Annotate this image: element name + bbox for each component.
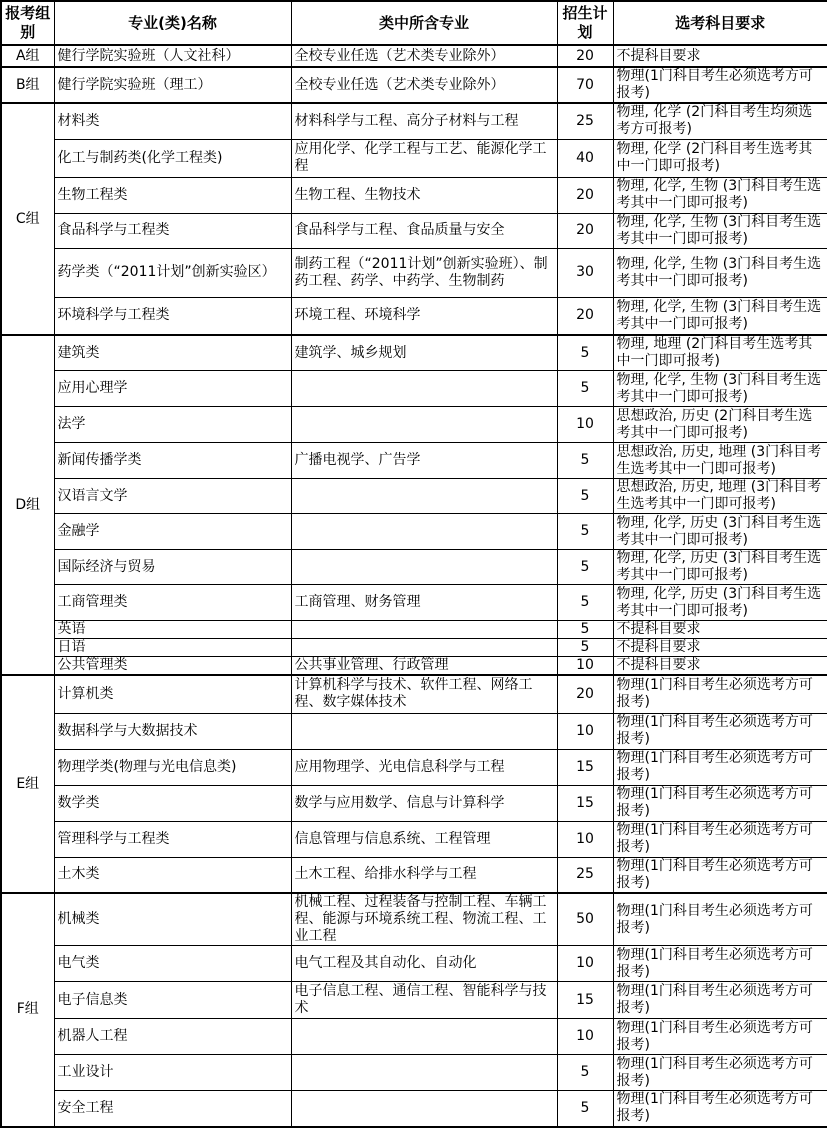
subject-req-cell: 物理, 化学, 历史 (3门科目考生选考其中一门即可报考) bbox=[613, 585, 827, 621]
included-majors-cell: 计算机科学与技术、软件工程、网络工程、数字媒体技术 bbox=[291, 675, 557, 713]
plan-cell: 50 bbox=[557, 893, 613, 946]
col-header-included-majors: 类中所含专业 bbox=[291, 1, 557, 45]
included-majors-cell bbox=[291, 1091, 557, 1127]
included-majors-cell bbox=[291, 639, 557, 657]
major-cell: 工商管理类 bbox=[54, 585, 291, 621]
plan-cell: 5 bbox=[557, 621, 613, 639]
subject-req-cell: 物理, 化学, 生物 (3门科目考生选考其中一门即可报考) bbox=[613, 297, 827, 335]
table-row: 管理科学与工程类信息管理与信息系统、工程管理10物理(1门科目考生必须选考方可报… bbox=[1, 821, 827, 857]
major-cell: 物理学类(物理与光电信息类) bbox=[54, 749, 291, 785]
plan-cell: 20 bbox=[557, 675, 613, 713]
group-label: B组 bbox=[1, 67, 54, 103]
table-row: 国际经济与贸易5物理, 化学, 历史 (3门科目考生选考其中一门即可报考) bbox=[1, 550, 827, 585]
included-majors-cell: 公共事业管理、行政管理 bbox=[291, 657, 557, 676]
included-majors-cell: 电子信息工程、通信工程、智能科学与技术 bbox=[291, 982, 557, 1019]
plan-cell: 5 bbox=[557, 639, 613, 657]
plan-cell: 20 bbox=[557, 177, 613, 213]
table-row: 新闻传播学类广播电视学、广告学5思想政治, 历史, 地理 (3门科目考生选考其中… bbox=[1, 443, 827, 479]
plan-cell: 10 bbox=[557, 657, 613, 676]
table-row: 公共管理类公共事业管理、行政管理10不提科目要求 bbox=[1, 657, 827, 676]
subject-req-cell: 不提科目要求 bbox=[613, 621, 827, 639]
table-row: 生物工程类生物工程、生物技术20物理, 化学, 生物 (3门科目考生选考其中一门… bbox=[1, 177, 827, 213]
plan-cell: 5 bbox=[557, 585, 613, 621]
major-cell: 法学 bbox=[54, 407, 291, 443]
subject-req-cell: 物理(1门科目考生必须选考方可报考) bbox=[613, 67, 827, 103]
table-row: 土木类土木工程、给排水科学与工程25物理(1门科目考生必须选考方可报考) bbox=[1, 857, 827, 893]
col-header-subject-requirement: 选考科目要求 bbox=[613, 1, 827, 45]
subject-req-cell: 物理, 化学 (2门科目考生选考其中一门即可报考) bbox=[613, 139, 827, 177]
plan-cell: 5 bbox=[557, 479, 613, 514]
major-cell: 新闻传播学类 bbox=[54, 443, 291, 479]
group-label: A组 bbox=[1, 45, 54, 67]
subject-req-cell: 思想政治, 历史 (2门科目考生选考其中一门即可报考) bbox=[613, 407, 827, 443]
table-row: 英语5不提科目要求 bbox=[1, 621, 827, 639]
major-cell: 健行学院实验班（人文社科） bbox=[54, 45, 291, 67]
table-row: C组材料类材料科学与工程、高分子材料与工程25物理, 化学 (2门科目考生均须选… bbox=[1, 103, 827, 139]
major-cell: 国际经济与贸易 bbox=[54, 550, 291, 585]
included-majors-cell bbox=[291, 1019, 557, 1055]
plan-cell: 25 bbox=[557, 857, 613, 893]
included-majors-cell: 应用化学、化学工程与工艺、能源化学工程 bbox=[291, 139, 557, 177]
major-cell: 环境科学与工程类 bbox=[54, 297, 291, 335]
plan-cell: 5 bbox=[557, 514, 613, 550]
table-row: 安全工程5物理(1门科目考生必须选考方可报考) bbox=[1, 1091, 827, 1127]
included-majors-cell: 土木工程、给排水科学与工程 bbox=[291, 857, 557, 893]
included-majors-cell: 生物工程、生物技术 bbox=[291, 177, 557, 213]
table-row: 工商管理类工商管理、财务管理5物理, 化学, 历史 (3门科目考生选考其中一门即… bbox=[1, 585, 827, 621]
included-majors-cell: 环境工程、环境科学 bbox=[291, 297, 557, 335]
plan-cell: 15 bbox=[557, 749, 613, 785]
plan-cell: 5 bbox=[557, 1091, 613, 1127]
included-majors-cell: 建筑学、城乡规划 bbox=[291, 335, 557, 371]
included-majors-cell: 材料科学与工程、高分子材料与工程 bbox=[291, 103, 557, 139]
major-cell: 汉语言文学 bbox=[54, 479, 291, 514]
table-row: 应用心理学5物理, 化学, 生物 (3门科目考生选考其中一门即可报考) bbox=[1, 371, 827, 407]
table-row: 化工与制药类(化学工程类)应用化学、化学工程与工艺、能源化学工程40物理, 化学… bbox=[1, 139, 827, 177]
plan-cell: 25 bbox=[557, 103, 613, 139]
plan-cell: 20 bbox=[557, 213, 613, 248]
included-majors-cell: 工商管理、财务管理 bbox=[291, 585, 557, 621]
major-cell: 日语 bbox=[54, 639, 291, 657]
plan-cell: 10 bbox=[557, 713, 613, 749]
subject-req-cell: 物理(1门科目考生必须选考方可报考) bbox=[613, 857, 827, 893]
group-label: F组 bbox=[1, 893, 54, 1127]
subject-req-cell: 物理, 化学, 历史 (3门科目考生选考其中一门即可报考) bbox=[613, 514, 827, 550]
subject-req-cell: 不提科目要求 bbox=[613, 657, 827, 676]
plan-cell: 5 bbox=[557, 443, 613, 479]
header-row: 报考组别 专业(类)名称 类中所含专业 招生计划 选考科目要求 bbox=[1, 1, 827, 45]
included-majors-cell bbox=[291, 621, 557, 639]
included-majors-cell: 信息管理与信息系统、工程管理 bbox=[291, 821, 557, 857]
major-cell: 管理科学与工程类 bbox=[54, 821, 291, 857]
subject-req-cell: 物理(1门科目考生必须选考方可报考) bbox=[613, 946, 827, 982]
plan-cell: 5 bbox=[557, 371, 613, 407]
table-row: 物理学类(物理与光电信息类)应用物理学、光电信息科学与工程15物理(1门科目考生… bbox=[1, 749, 827, 785]
subject-req-cell: 物理, 化学, 生物 (3门科目考生选考其中一门即可报考) bbox=[613, 177, 827, 213]
table-row: A组健行学院实验班（人文社科）全校专业任选（艺术类专业除外）20不提科目要求 bbox=[1, 45, 827, 67]
included-majors-cell bbox=[291, 407, 557, 443]
major-cell: 化工与制药类(化学工程类) bbox=[54, 139, 291, 177]
subject-req-cell: 物理(1门科目考生必须选考方可报考) bbox=[613, 675, 827, 713]
col-header-group: 报考组别 bbox=[1, 1, 54, 45]
plan-cell: 15 bbox=[557, 982, 613, 1019]
table-row: 机器人工程10物理(1门科目考生必须选考方可报考) bbox=[1, 1019, 827, 1055]
table-row: 日语5不提科目要求 bbox=[1, 639, 827, 657]
included-majors-cell: 食品科学与工程、食品质量与安全 bbox=[291, 213, 557, 248]
major-cell: 工业设计 bbox=[54, 1055, 291, 1091]
subject-req-cell: 物理(1门科目考生必须选考方可报考) bbox=[613, 713, 827, 749]
included-majors-cell bbox=[291, 713, 557, 749]
plan-cell: 5 bbox=[557, 1055, 613, 1091]
included-majors-cell: 广播电视学、广告学 bbox=[291, 443, 557, 479]
included-majors-cell: 电气工程及其自动化、自动化 bbox=[291, 946, 557, 982]
major-cell: 安全工程 bbox=[54, 1091, 291, 1127]
major-cell: 电子信息类 bbox=[54, 982, 291, 1019]
major-cell: 建筑类 bbox=[54, 335, 291, 371]
major-cell: 机器人工程 bbox=[54, 1019, 291, 1055]
subject-req-cell: 不提科目要求 bbox=[613, 639, 827, 657]
subject-req-cell: 物理, 化学, 生物 (3门科目考生选考其中一门即可报考) bbox=[613, 248, 827, 297]
group-label: D组 bbox=[1, 335, 54, 675]
table-row: 工业设计5物理(1门科目考生必须选考方可报考) bbox=[1, 1055, 827, 1091]
plan-cell: 10 bbox=[557, 1019, 613, 1055]
plan-cell: 10 bbox=[557, 821, 613, 857]
included-majors-cell: 全校专业任选（艺术类专业除外） bbox=[291, 67, 557, 103]
included-majors-cell: 机械工程、过程装备与控制工程、车辆工程、能源与环境系统工程、物流工程、工业工程 bbox=[291, 893, 557, 946]
subject-req-cell: 物理, 化学 (2门科目考生均须选考方可报考) bbox=[613, 103, 827, 139]
subject-req-cell: 物理(1门科目考生必须选考方可报考) bbox=[613, 893, 827, 946]
included-majors-cell bbox=[291, 550, 557, 585]
plan-cell: 10 bbox=[557, 946, 613, 982]
table-row: 电子信息类电子信息工程、通信工程、智能科学与技术15物理(1门科目考生必须选考方… bbox=[1, 982, 827, 1019]
plan-cell: 20 bbox=[557, 297, 613, 335]
included-majors-cell bbox=[291, 371, 557, 407]
included-majors-cell: 数学与应用数学、信息与计算科学 bbox=[291, 785, 557, 821]
included-majors-cell bbox=[291, 514, 557, 550]
plan-cell: 15 bbox=[557, 785, 613, 821]
plan-cell: 20 bbox=[557, 45, 613, 67]
included-majors-cell bbox=[291, 479, 557, 514]
admissions-table: 报考组别 专业(类)名称 类中所含专业 招生计划 选考科目要求 A组健行学院实验… bbox=[0, 0, 827, 1128]
subject-req-cell: 物理(1门科目考生必须选考方可报考) bbox=[613, 1019, 827, 1055]
table-row: 法学10思想政治, 历史 (2门科目考生选考其中一门即可报考) bbox=[1, 407, 827, 443]
table-row: D组建筑类建筑学、城乡规划5物理, 地理 (2门科目考生选考其中一门即可报考) bbox=[1, 335, 827, 371]
subject-req-cell: 思想政治, 历史, 地理 (3门科目考生选考其中一门即可报考) bbox=[613, 443, 827, 479]
table-row: 数学类数学与应用数学、信息与计算科学15物理(1门科目考生必须选考方可报考) bbox=[1, 785, 827, 821]
subject-req-cell: 思想政治, 历史, 地理 (3门科目考生选考其中一门即可报考) bbox=[613, 479, 827, 514]
subject-req-cell: 不提科目要求 bbox=[613, 45, 827, 67]
table-row: 汉语言文学5思想政治, 历史, 地理 (3门科目考生选考其中一门即可报考) bbox=[1, 479, 827, 514]
subject-req-cell: 物理, 地理 (2门科目考生选考其中一门即可报考) bbox=[613, 335, 827, 371]
included-majors-cell: 制药工程（“2011计划”创新实验班）、制药工程、药学、中药学、生物制药 bbox=[291, 248, 557, 297]
plan-cell: 10 bbox=[557, 407, 613, 443]
major-cell: 英语 bbox=[54, 621, 291, 639]
col-header-enrollment-plan: 招生计划 bbox=[557, 1, 613, 45]
subject-req-cell: 物理, 化学, 生物 (3门科目考生选考其中一门即可报考) bbox=[613, 213, 827, 248]
included-majors-cell: 应用物理学、光电信息科学与工程 bbox=[291, 749, 557, 785]
table-row: 电气类电气工程及其自动化、自动化10物理(1门科目考生必须选考方可报考) bbox=[1, 946, 827, 982]
major-cell: 计算机类 bbox=[54, 675, 291, 713]
subject-req-cell: 物理(1门科目考生必须选考方可报考) bbox=[613, 1055, 827, 1091]
subject-req-cell: 物理(1门科目考生必须选考方可报考) bbox=[613, 1091, 827, 1127]
major-cell: 应用心理学 bbox=[54, 371, 291, 407]
subject-req-cell: 物理(1门科目考生必须选考方可报考) bbox=[613, 982, 827, 1019]
group-label: C组 bbox=[1, 103, 54, 335]
major-cell: 生物工程类 bbox=[54, 177, 291, 213]
included-majors-cell: 全校专业任选（艺术类专业除外） bbox=[291, 45, 557, 67]
table-body: A组健行学院实验班（人文社科）全校专业任选（艺术类专业除外）20不提科目要求B组… bbox=[1, 45, 827, 1127]
subject-req-cell: 物理, 化学, 历史 (3门科目考生选考其中一门即可报考) bbox=[613, 550, 827, 585]
plan-cell: 5 bbox=[557, 550, 613, 585]
included-majors-cell bbox=[291, 1055, 557, 1091]
col-header-major: 专业(类)名称 bbox=[54, 1, 291, 45]
major-cell: 数学类 bbox=[54, 785, 291, 821]
table-row: 金融学5物理, 化学, 历史 (3门科目考生选考其中一门即可报考) bbox=[1, 514, 827, 550]
table-row: 药学类（“2011计划”创新实验区）制药工程（“2011计划”创新实验班）、制药… bbox=[1, 248, 827, 297]
plan-cell: 70 bbox=[557, 67, 613, 103]
plan-cell: 5 bbox=[557, 335, 613, 371]
major-cell: 数据科学与大数据技术 bbox=[54, 713, 291, 749]
plan-cell: 40 bbox=[557, 139, 613, 177]
subject-req-cell: 物理(1门科目考生必须选考方可报考) bbox=[613, 821, 827, 857]
subject-req-cell: 物理, 化学, 生物 (3门科目考生选考其中一门即可报考) bbox=[613, 371, 827, 407]
group-label: E组 bbox=[1, 675, 54, 893]
table-row: 环境科学与工程类环境工程、环境科学20物理, 化学, 生物 (3门科目考生选考其… bbox=[1, 297, 827, 335]
major-cell: 健行学院实验班（理工） bbox=[54, 67, 291, 103]
major-cell: 药学类（“2011计划”创新实验区） bbox=[54, 248, 291, 297]
major-cell: 金融学 bbox=[54, 514, 291, 550]
major-cell: 土木类 bbox=[54, 857, 291, 893]
major-cell: 材料类 bbox=[54, 103, 291, 139]
table-row: E组计算机类计算机科学与技术、软件工程、网络工程、数字媒体技术20物理(1门科目… bbox=[1, 675, 827, 713]
major-cell: 机械类 bbox=[54, 893, 291, 946]
major-cell: 电气类 bbox=[54, 946, 291, 982]
plan-cell: 30 bbox=[557, 248, 613, 297]
major-cell: 公共管理类 bbox=[54, 657, 291, 676]
table-row: 数据科学与大数据技术10物理(1门科目考生必须选考方可报考) bbox=[1, 713, 827, 749]
table-row: F组机械类机械工程、过程装备与控制工程、车辆工程、能源与环境系统工程、物流工程、… bbox=[1, 893, 827, 946]
subject-req-cell: 物理(1门科目考生必须选考方可报考) bbox=[613, 749, 827, 785]
table-row: B组健行学院实验班（理工）全校专业任选（艺术类专业除外）70物理(1门科目考生必… bbox=[1, 67, 827, 103]
major-cell: 食品科学与工程类 bbox=[54, 213, 291, 248]
subject-req-cell: 物理(1门科目考生必须选考方可报考) bbox=[613, 785, 827, 821]
table-row: 食品科学与工程类食品科学与工程、食品质量与安全20物理, 化学, 生物 (3门科… bbox=[1, 213, 827, 248]
